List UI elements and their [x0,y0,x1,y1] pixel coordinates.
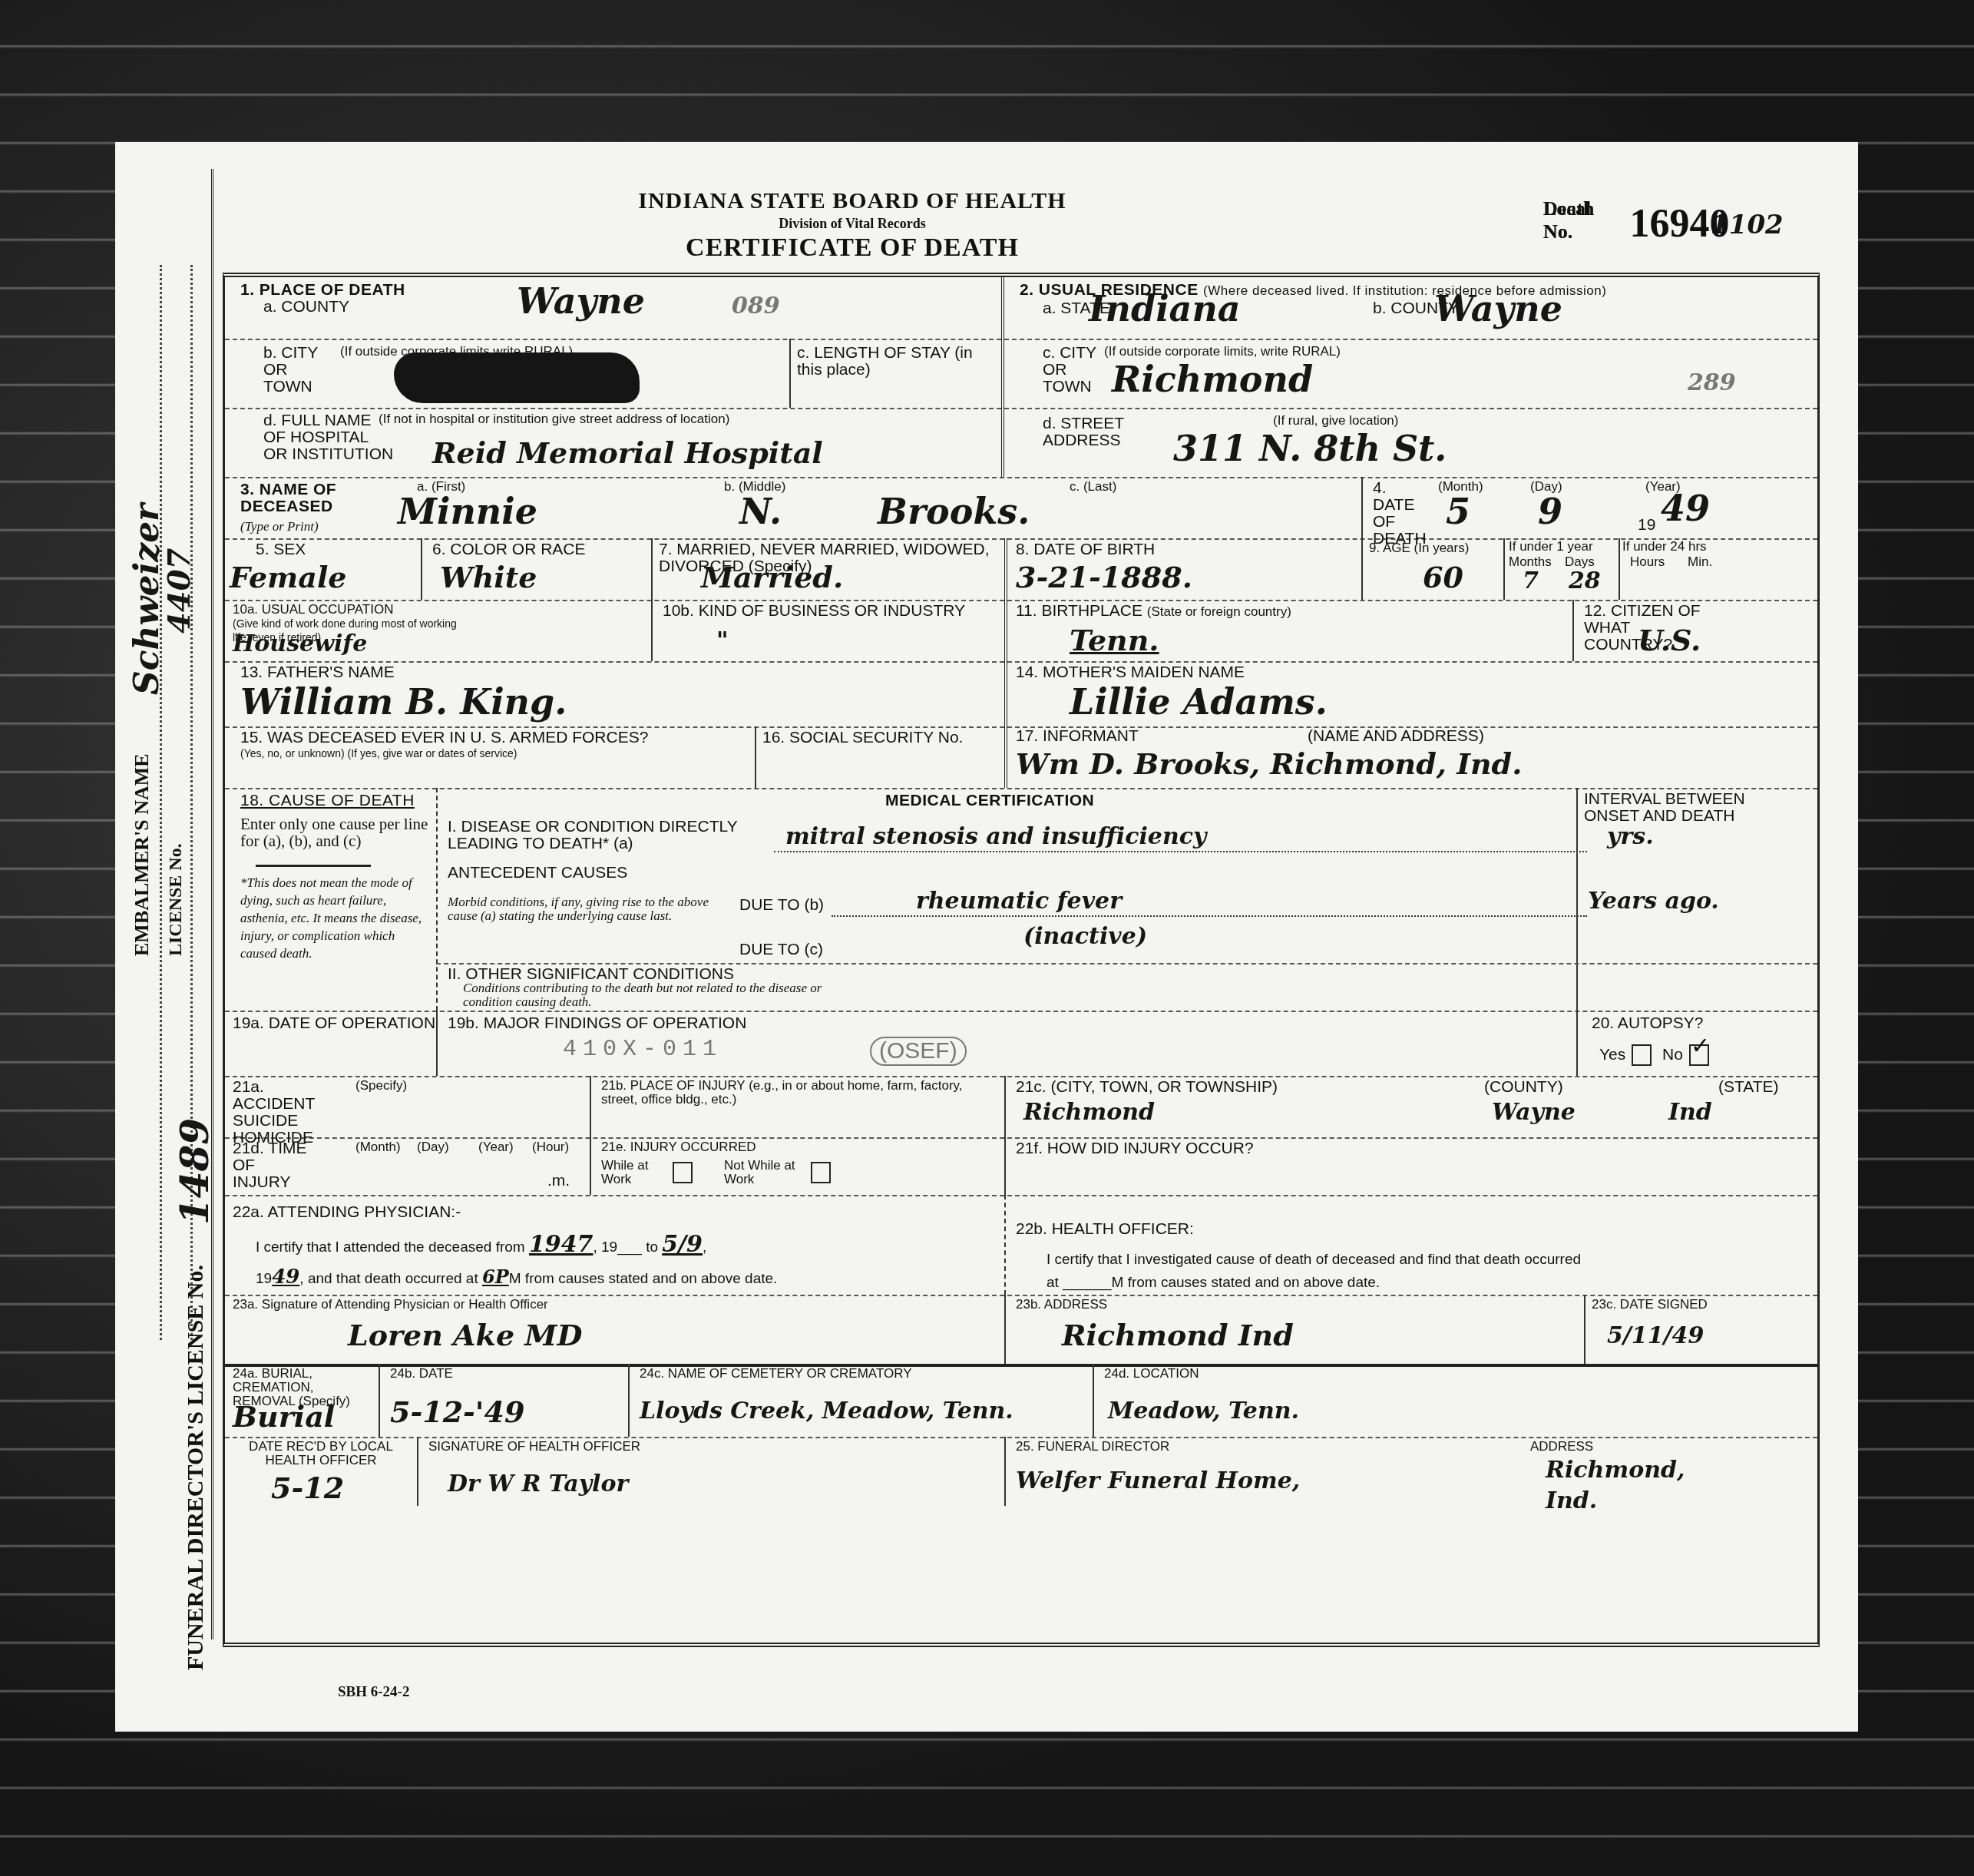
injury-occurred-label: 21e. INJURY OCCURRED [601,1140,756,1154]
burial-type-value: Burial [233,1399,335,1434]
attended-to-value: 5/9 [662,1231,703,1258]
interval-label: INTERVAL BETWEEN ONSET AND DEATH [1584,791,1761,825]
funeral-director-address-value: Richmond, Ind. [1546,1455,1730,1517]
residence-section: 2. USUAL RESIDENCE (Where deceased lived… [1004,277,1817,477]
injury-time-month: (Month) [355,1140,401,1154]
injury-time-year: (Year) [478,1140,514,1154]
row-cause-of-death: 18. CAUSE OF DEATH Enter only one cause … [225,788,1817,1012]
dob-label: 8. DATE OF BIRTH [1016,541,1155,558]
place-of-death-section: 1. PLACE OF DEATH a. COUNTY Wayne 089 b.… [225,277,1004,477]
attended-from-value: 1947 [529,1231,594,1258]
injury-time-label: 21d. TIME OF INJURY [233,1140,317,1191]
death-certificate: EMBALMER'S NAME Schweizer LICENSE No. 44… [115,142,1858,1732]
occupation-value: Housewife [233,630,367,657]
row-filing: DATE REC'D BY LOCAL HEALTH OFFICER 5-12 … [225,1437,1817,1506]
morbid-note: Morbid conditions, if any, giving rise t… [448,895,732,923]
dod-year-prefix: 19 [1638,517,1655,534]
race-label: 6. COLOR OR RACE [432,541,586,558]
birthplace-value: Tenn. [1070,623,1159,657]
res-county-value: Wayne [1434,288,1562,329]
embalmer-license-label: LICENSE No. [166,843,187,956]
funeral-director-value: Welfer Funeral Home, [1016,1467,1300,1494]
dod-month: 5 [1446,491,1470,532]
embalmer-dotted-line [160,265,162,1340]
pod-hospital-note: (If not in hospital or institution give … [379,412,729,426]
burial-date-value: 5-12-'49 [390,1395,524,1429]
res-city-field: c. CITY OR TOWN (If outside corporate li… [1004,339,1817,409]
injury-city-value: Richmond [1023,1099,1155,1126]
res-street-label: d. STREET ADDRESS [1043,415,1150,449]
injury-time-day: (Day) [417,1140,449,1154]
date-received-label: DATE REC'D BY LOCAL HEALTH OFFICER [233,1440,409,1467]
how-injury-label: 21f. HOW DID INJURY OCCUR? [1016,1140,1254,1157]
death-no-label: Death No. [1543,197,1594,243]
row-demographics: 5. SEX Female 6. COLOR OR RACE White 7. … [225,538,1817,601]
autopsy-options: Yes No [1599,1044,1715,1066]
division-name: Division of Vital Records [576,216,1129,232]
attended-year-value: 49 [272,1266,299,1289]
while-at-work-label: While at Work [601,1159,670,1186]
funeral-director-address-label: ADDRESS [1530,1440,1593,1454]
certificate-header: INDIANA STATE BOARD OF HEALTH Division o… [223,165,1820,280]
business-value: " [716,627,729,654]
birthplace-label: 11. BIRTHPLACE [1016,602,1142,620]
father-value: William B. King. [240,681,567,723]
sex-label: 5. SEX [256,541,306,558]
pod-hospital-field: d. FULL NAME OF HOSPITAL OR INSTITUTION … [225,408,1001,477]
cause-a-value: mitral stenosis and insufficiency [785,823,1206,850]
age-value: 60 [1423,560,1463,594]
autopsy-label: 20. AUTOPSY? [1592,1015,1704,1032]
marital-value: Married. [701,560,843,594]
funeral-director-license-value: 1489 [172,1118,217,1225]
autopsy-yes-checkbox[interactable] [1632,1044,1652,1066]
date-signed-label: 23c. DATE SIGNED [1592,1298,1708,1312]
row-name: 3. NAME OF DECEASED (Type or Print) a. (… [225,477,1817,540]
dod-year: 49 [1661,488,1710,529]
date-signed-value: 5/11/49 [1607,1322,1704,1349]
months-value: 7 [1523,567,1539,594]
redacted-city [394,352,640,403]
armed-forces-note: (Yes, no, or unknown) (If yes, give war … [240,746,517,760]
res-street-field: d. STREET ADDRESS (If rural, give locati… [1004,408,1817,477]
health-officer-signature-value: Dr W R Taylor [448,1471,628,1497]
injury-time-m: .m. [547,1173,570,1189]
mother-value: Lillie Adams. [1070,681,1328,723]
health-officer-signature-label: SIGNATURE OF HEALTH OFFICER [428,1440,640,1454]
pod-county-code: 089 [732,293,780,319]
antecedent-label: ANTECEDENT CAUSES [448,865,627,882]
form-grid: 1. PLACE OF DEATH a. COUNTY Wayne 089 b.… [223,273,1820,1647]
death-no-value: 16940 [1629,201,1729,246]
injury-state-value: Ind [1668,1099,1712,1126]
armed-forces-label: 15. WAS DECEASED EVER IN U. S. ARMED FOR… [240,730,648,746]
last-name-value: Brooks. [878,491,1030,532]
location-label: 24d. LOCATION [1104,1367,1199,1381]
cause-label: 18. CAUSE OF DEATH [240,792,415,809]
cause-b-value: rheumatic fever [916,888,1122,915]
not-while-at-work-checkbox[interactable] [811,1162,831,1183]
row-burial: 24a. BURIAL, CREMATION, REMOVAL (Specify… [225,1364,1817,1438]
pod-county-value: Wayne [517,280,645,322]
informant-value: Wm D. Brooks, Richmond, Ind. [1016,746,1522,781]
operation-date-label: 19a. DATE OF OPERATION [233,1015,440,1032]
sex-value: Female [230,560,347,594]
not-while-at-work-label: Not While at Work [724,1159,801,1186]
pod-county-label: a. COUNTY [263,299,349,316]
autopsy-yes-label: Yes [1599,1046,1625,1064]
age-label: 9. AGE (In years) [1369,541,1469,555]
operation-stamp-2: (OSEF) [870,1037,967,1066]
row-operation: 19a. DATE OF OPERATION 19b. MAJOR FINDIN… [225,1011,1817,1077]
burial-date-label: 24b. DATE [390,1367,453,1381]
health-officer-cert-2: at ______M from causes stated and on abo… [1047,1275,1380,1292]
row-occupation: 10a. USUAL OCCUPATION (Give kind of work… [225,600,1817,663]
middle-name-value: N. [739,491,782,532]
dod-day: 9 [1538,491,1562,532]
row-parents: 13. FATHER'S NAME William B. King. 14. M… [225,661,1817,728]
medical-certification-title: MEDICAL CERTIFICATION [885,792,1094,809]
cause-a-label: I. DISEASE OR CONDITION DIRECTLY LEADING… [448,819,770,852]
address-label: 23b. ADDRESS [1016,1298,1107,1312]
cause-footnote: *This does not mean the mode of dying, s… [240,874,432,962]
father-label: 13. FATHER'S NAME [240,664,395,681]
header-title-block: INDIANA STATE BOARD OF HEALTH Division o… [576,188,1129,263]
health-officer-label: 22b. HEALTH OFFICER: [1016,1221,1194,1238]
res-state-county-field: 2. USUAL RESIDENCE (Where deceased lived… [1004,277,1817,340]
row-injury-time: 21d. TIME OF INJURY (Month) (Day) (Year)… [225,1137,1817,1196]
cause-instructions: 18. CAUSE OF DEATH Enter only one cause … [225,788,438,1011]
cemetery-value: Lloyds Creek, Meadow, Tenn. [640,1398,1013,1424]
embalmer-license-value: 4407 [161,548,197,634]
row-signature: 23a. Signature of Attending Physician or… [225,1295,1817,1367]
row-armed-informant: 15. WAS DECEASED EVER IN U. S. ARMED FOR… [225,726,1817,789]
days-value: 28 [1569,567,1601,594]
injury-place-label: 21b. PLACE OF INJURY [601,1078,745,1093]
injury-county-label: (COUNTY) [1484,1079,1563,1096]
signature-value: Loren Ake MD [348,1318,582,1352]
death-time-value: 6P [482,1266,509,1288]
cause-c-label: DUE TO (c) [739,941,823,958]
res-city-code: 289 [1688,369,1736,396]
dod-label: 4. DATE OF DEATH [1373,480,1427,548]
row-place-residence: 1. PLACE OF DEATH a. COUNTY Wayne 089 b.… [225,277,1817,478]
injury-type-specify: (Specify) [355,1079,407,1093]
res-street-note: (If rural, give location) [1273,414,1398,428]
funeral-director-license-label: FUNERAL DIRECTOR'S LICENSE No. [183,1265,209,1670]
physician-cert-line-2: 1949, and that death occurred at 6PM fro… [256,1269,777,1288]
informant-label: 17. INFORMANT [1016,728,1139,745]
pod-stay-label: c. LENGTH OF STAY (in this place) [797,345,981,379]
injury-time-hour: (Hour) [532,1140,569,1154]
citizen-value: U.S. [1638,623,1701,657]
date-received-value: 5-12 [271,1471,344,1505]
operation-stamp: 410X-011 [563,1037,722,1063]
informant-note: (NAME AND ADDRESS) [1308,728,1484,745]
under-24hrs-label: If under 24 hrs [1622,540,1707,554]
form-body: INDIANA STATE BOARD OF HEALTH Division o… [223,142,1820,1732]
physician-cert-line-1: I certify that I attended the deceased f… [256,1236,706,1256]
res-city-label: c. CITY OR TOWN [1043,345,1104,395]
injury-city-label: 21c. (CITY, TOWN, OR TOWNSHIP) [1016,1079,1278,1096]
funeral-director-label: 25. FUNERAL DIRECTOR [1016,1440,1169,1454]
mother-label: 14. MOTHER'S MAIDEN NAME [1016,664,1245,681]
while-at-work-checkbox[interactable] [673,1162,693,1183]
pod-city-label: b. CITY OR TOWN [263,345,325,395]
embalmer-name-label: EMBALMER'S NAME [131,753,154,956]
cause-b-interval: Years ago. [1588,888,1719,915]
location-value: Meadow, Tenn. [1108,1398,1299,1424]
row-injury-type: 21a. ACCIDENT SUICIDE HOMICIDE (Specify)… [225,1076,1817,1139]
address-value: Richmond Ind [1062,1318,1294,1352]
birthplace-note: (State or foreign country) [1147,604,1291,619]
hours-label: Hours [1630,555,1665,569]
margin-rule [211,169,213,1639]
pod-hospital-label: d. FULL NAME OF HOSPITAL OR INSTITUTION [263,412,394,463]
first-name-value: Minnie [398,491,537,532]
res-city-value: Richmond [1112,359,1313,400]
other-conditions-note: Conditions contributing to the death but… [463,981,832,1009]
agency-name: INDIANA STATE BOARD OF HEALTH [576,188,1129,214]
name-sublabel: (Type or Print) [240,520,319,534]
injury-state-label: (STATE) [1718,1079,1779,1096]
cause-b-label: DUE TO (b) [739,897,824,914]
form-code: SBH 6-24-2 [338,1684,409,1701]
dob-value: 3-21-1888. [1016,560,1192,594]
under-1yr-label: If under 1 year [1509,540,1593,554]
cause-b-value-2: (inactive) [1023,923,1147,950]
autopsy-no-label: No [1662,1046,1683,1064]
cemetery-label: 24c. NAME OF CEMETERY OR CREMATORY [640,1367,912,1381]
race-value: White [440,560,537,594]
autopsy-no-checkbox[interactable] [1689,1044,1709,1066]
injury-county-value: Wayne [1492,1099,1576,1126]
margin-strip: EMBALMER'S NAME Schweizer LICENSE No. 44… [115,142,223,1732]
ssn-label: 16. SOCIAL SECURITY No. [762,730,963,746]
pod-label: 1. PLACE OF DEATH [240,282,405,299]
certificate-title: CERTIFICATE OF DEATH [576,233,1129,263]
occupation-label: 10a. USUAL OCCUPATION [233,603,393,617]
res-street-value: 311 N. 8th St. [1173,428,1447,469]
pod-county-field: 1. PLACE OF DEATH a. COUNTY Wayne 089 [225,277,1001,340]
physician-label: 22a. ATTENDING PHYSICIAN:- [233,1204,461,1221]
cause-a-interval: yrs. [1607,823,1654,850]
injury-type-label: 21a. ACCIDENT SUICIDE HOMICIDE [233,1079,317,1146]
last-name-label: c. (Last) [1070,480,1116,494]
health-officer-cert-1: I certify that I investigated cause of d… [1047,1252,1581,1269]
res-state-value: Indiana [1089,288,1241,329]
business-label: 10b. KIND OF BUSINESS OR INDUSTRY [663,603,985,620]
row-physician: 22a. ATTENDING PHYSICIAN:- I certify tha… [225,1195,1817,1296]
pod-city-field: b. CITY OR TOWN (If outside corporate li… [225,339,1001,409]
name-label: 3. NAME OF DECEASED [240,481,355,515]
min-label: Min. [1688,555,1712,569]
signature-label: 23a. Signature of Attending Physician or… [233,1298,548,1312]
cause-instructions-text: Enter only one cause per line for (a), (… [240,816,432,849]
res-city-note: (If outside corporate limits, write RURA… [1104,345,1341,359]
pod-hospital-value: Reid Memorial Hospital [432,435,823,470]
operation-findings-label: 19b. MAJOR FINDINGS OF OPERATION [448,1015,746,1032]
